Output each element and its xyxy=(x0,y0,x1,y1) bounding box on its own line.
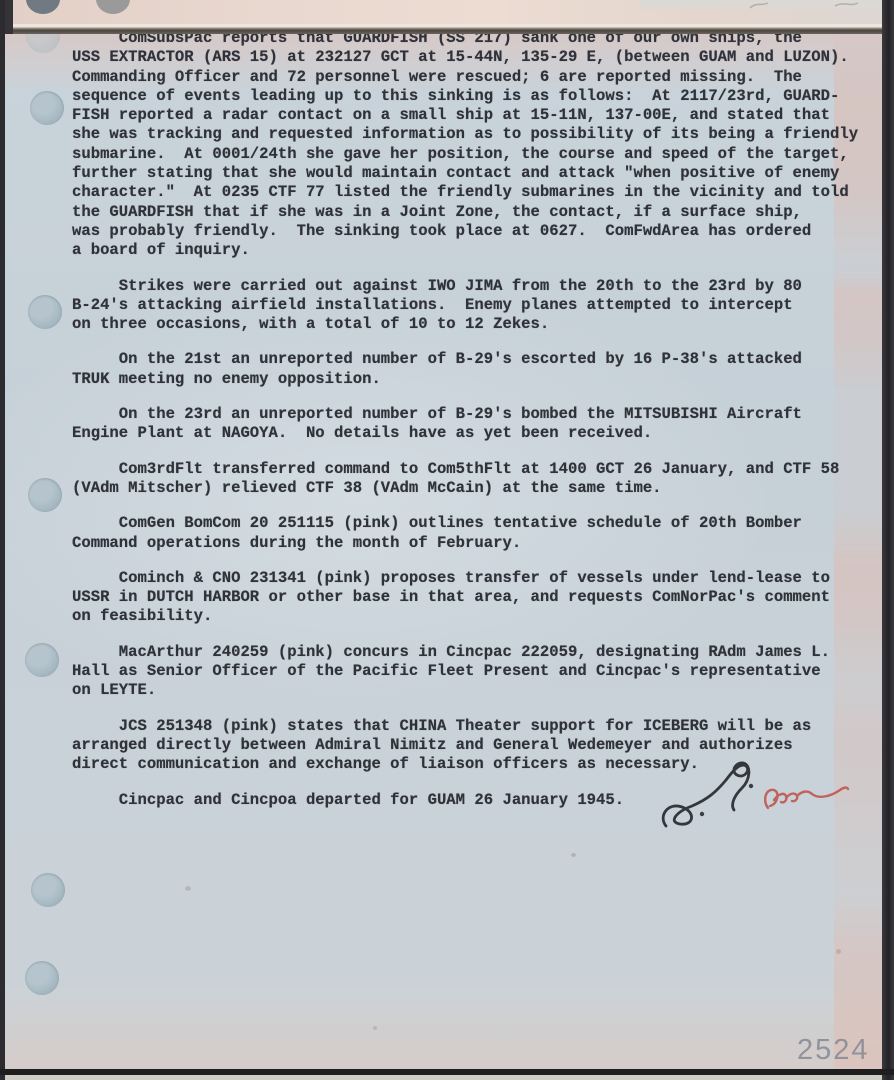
hole-punch xyxy=(30,91,64,125)
hole-punch xyxy=(31,873,65,907)
paragraph-nagoya-raid: On the 23rd an unreported number of B-29… xyxy=(72,405,872,444)
paper-speck xyxy=(373,1026,377,1030)
page-number-stamp: 2524 xyxy=(797,1034,870,1067)
paragraph-lend-lease: Cominch & CNO 231341 (pink) proposes tra… xyxy=(72,569,872,627)
scan-border-left xyxy=(0,0,5,1080)
paragraph-iwo-jima-strikes: Strikes were carried out against IWO JIM… xyxy=(72,277,872,335)
typewritten-text: ComSubsPac reports that GUARDFISH (SS 21… xyxy=(72,29,872,826)
paper-speck xyxy=(571,853,576,857)
hole-punch xyxy=(25,961,59,995)
hole-punch-shadow xyxy=(96,0,130,14)
scan-edge-bottom xyxy=(0,1075,894,1080)
paper-speck xyxy=(836,949,841,954)
paragraph-fleet-command: Com3rdFlt transferred command to Com5thF… xyxy=(72,460,872,499)
paragraph-macarthur: MacArthur 240259 (pink) concurs in Cincp… xyxy=(72,643,872,701)
hole-punch xyxy=(28,295,62,329)
hole-punch-shadow xyxy=(26,0,60,14)
scan-border-right xyxy=(882,0,894,1080)
red-ink-scribble-icon xyxy=(650,752,860,842)
paragraph-truk-raid: On the 21st an unreported number of B-29… xyxy=(72,350,872,389)
hole-punch xyxy=(25,643,59,677)
pencil-marks-icon xyxy=(740,0,890,12)
scan-border-bottom xyxy=(0,1069,894,1075)
paper-speck xyxy=(185,886,191,891)
document-scan: ComSubsPac reports that GUARDFISH (SS 21… xyxy=(0,0,894,1080)
paragraph-bomber-schedule: ComGen BomCom 20 251115 (pink) outlines … xyxy=(72,514,872,553)
hole-punch xyxy=(28,478,62,512)
page-top-edge xyxy=(0,24,894,34)
paragraph-guardfish-sinking: ComSubsPac reports that GUARDFISH (SS 21… xyxy=(72,29,872,261)
